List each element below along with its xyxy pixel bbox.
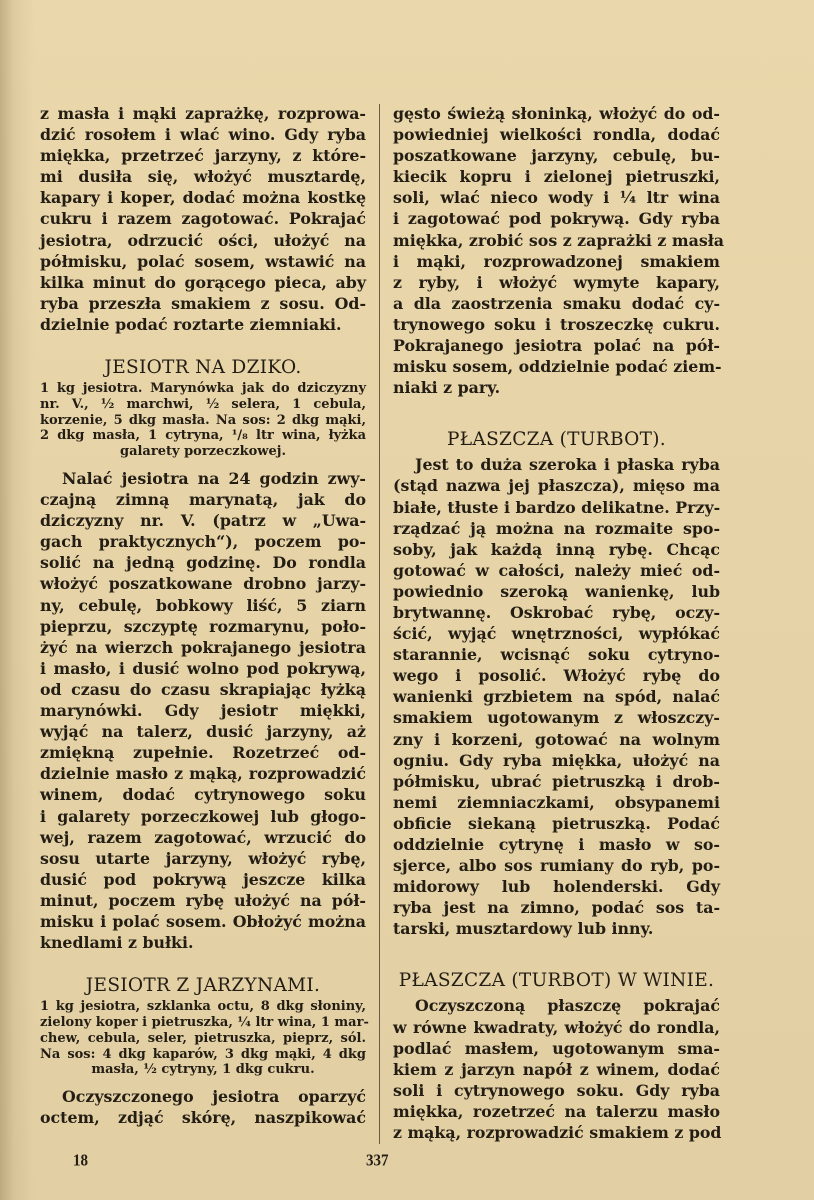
text-line: powiedniej wielkości rondla, dodać — [393, 124, 720, 145]
recipe-title-plaszcza-turbot: PŁASZCZA (TURBOT). — [393, 428, 720, 452]
text-line: minut, poczem rybę ułożyć na pół- — [40, 890, 366, 911]
text-line: soli, wlać nieco wody i ¼ ltr wina — [393, 187, 720, 208]
text-line: niaki z pary. — [393, 377, 720, 398]
text-line: 2 dkg masła, 1 cytryna, ¹/₈ ltr wina, ły… — [40, 428, 366, 444]
instructions-plaszcza-turbot: Jest to duża szeroka i płaska ryba(stąd … — [393, 454, 720, 939]
text-line: nemi ziemniaczkami, obsypanemi — [393, 792, 720, 813]
text-line: wanienki grzbietem na spód, nalać — [393, 686, 720, 707]
recipe-title-plaszcza-w-winie: PŁASZCZA (TURBOT) W WINIE. — [393, 969, 720, 993]
text-line: czajną zimną marynatą, jak do — [40, 489, 366, 510]
text-line: galarety porzeczkowej. — [40, 444, 366, 460]
text-line: pieprzu, szczyptę rozmarynu, poło- — [40, 616, 366, 637]
text-line: Oczyszczonego jesiotra oparzyć — [40, 1086, 366, 1107]
text-line: marynówki. Gdy jesiotr miękki, — [40, 700, 366, 721]
text-line: (stąd nazwa jej płaszcza), mięso ma — [393, 475, 720, 496]
text-line: misku sosem, oddzielnie podać ziem- — [393, 356, 720, 377]
text-line: misku i polać sosem. Obłożyć można — [40, 911, 366, 932]
text-line: starannie, wcisnąć soku cytryno- — [393, 644, 720, 665]
right-column: gęsto świeżą słoninką, włożyć do od-powi… — [393, 103, 720, 1143]
text-line: gach praktycznych“), poczem po- — [40, 531, 366, 552]
column-divider — [379, 104, 380, 1144]
text-line: 1 kg jesiotra. Marynówka jak do dziczyzn… — [40, 381, 366, 397]
text-line: zielony koper i pietruszka, ¼ ltr wina, … — [40, 1015, 366, 1031]
ingredients-jesiotr-na-dziko: 1 kg jesiotra. Marynówka jak do dziczyzn… — [40, 381, 366, 460]
signature-mark: 18 — [73, 1152, 88, 1172]
text-line: winem, dodać cytrynowego soku — [40, 784, 366, 805]
text-line: Na sos: 4 dkg kaparów, 3 dkg mąki, 4 dkg — [40, 1047, 366, 1063]
text-line: octem, zdjąć skórę, naszpikować — [40, 1107, 366, 1128]
text-line: soby, jak każdą inną rybę. Chcąc — [393, 539, 720, 560]
text-line: oddzielnie cytrynę i masło w so- — [393, 834, 720, 855]
text-line: podlać masłem, ugotowanym sma- — [393, 1038, 720, 1059]
text-line: i mąki, rozprowadzonej smakiem — [393, 251, 720, 272]
text-line: i zagotować pod pokrywą. Gdy ryba — [393, 208, 720, 229]
text-line: miękka, rozetrzeć na talerzu masło — [393, 1101, 720, 1122]
text-line: 1 kg jesiotra, szklanka octu, 8 dkg słon… — [40, 999, 366, 1015]
text-line: w równe kwadraty, włożyć do rondla, — [393, 1017, 720, 1038]
text-line: wej, razem zagotować, wrzucić do — [40, 827, 366, 848]
text-line: od czasu do czasu skrapiając łyżką — [40, 679, 366, 700]
text-line: chew, cebula, seler, pietruszka, pieprz,… — [40, 1031, 366, 1047]
text-line: mi dusiła się, włożyć musztardę, — [40, 166, 366, 187]
instructions-jesiotr-z-jarzynami: Oczyszczonego jesiotra oparzyćoctem, zdj… — [40, 1086, 366, 1128]
text-line: i galarety porzeczkowej lub głogo- — [40, 806, 366, 827]
text-line: korzenie, 5 dkg masła. Na sos: 2 dkg mąk… — [40, 413, 366, 429]
text-line: solić na jedną godzinę. Do rondla — [40, 552, 366, 573]
ingredients-jesiotr-z-jarzynami: 1 kg jesiotra, szklanka octu, 8 dkg słon… — [40, 999, 366, 1078]
left-column: z masła i mąki zaprażkę, rozprowa-dzić r… — [40, 103, 366, 1128]
text-line: żyć na wierzch pokrajanego jesiotra — [40, 637, 366, 658]
text-line: kiecik kopru i zielonej pietruszki, — [393, 166, 720, 187]
text-line: ryba jest na zimno, podać sos ta- — [393, 897, 720, 918]
instructions-jesiotr-na-dziko: Nalać jesiotra na 24 godzin zwy-czajną z… — [40, 468, 366, 953]
text-line: z mąką, rozprowadzić smakiem z pod — [393, 1122, 720, 1143]
text-line: i masło, i dusić wolno pod pokrywą, — [40, 658, 366, 679]
text-line: dzić rosołem i wlać wino. Gdy ryba — [40, 124, 366, 145]
text-line: a dla zaostrzenia smaku dodać cy- — [393, 293, 720, 314]
text-line: ny, cebulę, bobkowy liść, 5 ziarn — [40, 595, 366, 616]
text-line: wyjąć na talerz, dusić jarzyny, aż — [40, 721, 366, 742]
text-line: obficie siekaną pietruszką. Podać — [393, 813, 720, 834]
recipe-title-jesiotr-na-dziko: JESIOTR NA DZIKO. — [40, 356, 366, 380]
recipe-title-jesiotr-z-jarzynami: JESIOTR Z JARZYNAMI. — [40, 974, 366, 998]
text-line: sosu utarte jarzyny, włożyć rybę, — [40, 848, 366, 869]
text-line: ścić, wyjąć wnętrzności, wypłókać — [393, 623, 720, 644]
text-line: soli i cytrynowego soku. Gdy ryba — [393, 1080, 720, 1101]
text-line: Nalać jesiotra na 24 godzin zwy- — [40, 468, 366, 489]
text-line: tarski, musztardowy lub inny. — [393, 918, 720, 939]
page-number: 337 — [366, 1152, 389, 1172]
continued-paragraph-jesiotr-z-jarzynami: gęsto świeżą słoninką, włożyć do od-powi… — [393, 103, 720, 398]
text-line: nr. V., ½ marchwi, ½ selera, 1 cebula, — [40, 397, 366, 413]
text-line: brytwannę. Oskrobać rybę, oczy- — [393, 602, 720, 623]
text-line: półmisku, polać sosem, wstawić na — [40, 251, 366, 272]
text-line: dziczyzny nr. V. (patrz w „Uwa- — [40, 510, 366, 531]
text-line: dzielnie masło z mąką, rozprowadzić — [40, 763, 366, 784]
text-line: dusić pod pokrywą jeszcze kilka — [40, 869, 366, 890]
text-line: kilka minut do gorącego pieca, aby — [40, 272, 366, 293]
text-line: włożyć poszatkowane drobno jarzy- — [40, 573, 366, 594]
text-line: knedlami z bułki. — [40, 932, 366, 953]
text-line: miękka, przetrzeć jarzyny, z które- — [40, 145, 366, 166]
text-line: miękka, zrobić sos z zaprażki z masła — [393, 230, 720, 251]
text-line: sjerce, albo sos rumiany do ryb, po- — [393, 855, 720, 876]
text-line: poszatkowane jarzyny, cebulę, bu- — [393, 145, 720, 166]
text-line: jesiotra, odrzucić ości, ułożyć na — [40, 230, 366, 251]
text-line: ogniu. Gdy ryba miękka, ułożyć na — [393, 750, 720, 771]
text-line: midorowy lub holenderski. Gdy — [393, 876, 720, 897]
text-line: kapary i koper, dodać można kostkę — [40, 187, 366, 208]
text-line: trynowego soku i troszeczkę cukru. — [393, 314, 720, 335]
text-line: Pokrajanego jesiotra polać na pół- — [393, 335, 720, 356]
text-line: gotować w całości, należy mieć od- — [393, 560, 720, 581]
text-line: półmisku, ubrać pietruszką i drob- — [393, 771, 720, 792]
text-line: masła, ½ cytryny, 1 dkg cukru. — [40, 1062, 366, 1078]
text-line: Oczyszczoną płaszczę pokrajać — [393, 995, 720, 1016]
text-line: wego i posolić. Włożyć rybę do — [393, 665, 720, 686]
text-line: kiem z jarzyn napół z winem, dodać — [393, 1059, 720, 1080]
text-line: zmiękną zupełnie. Rozetrzeć od- — [40, 742, 366, 763]
book-page: z masła i mąki zaprażkę, rozprowa-dzić r… — [0, 0, 814, 1200]
text-line: smakiem ugotowanym z włoszczy- — [393, 707, 720, 728]
text-line: rządzać ją można na rozmaite spo- — [393, 518, 720, 539]
continued-paragraph: z masła i mąki zaprażkę, rozprowa-dzić r… — [40, 103, 366, 335]
text-line: z masła i mąki zaprażkę, rozprowa- — [40, 103, 366, 124]
text-line: ryba przeszła smakiem z sosu. Od- — [40, 293, 366, 314]
text-line: dzielnie podać roztarte ziemniaki. — [40, 314, 366, 335]
text-line: Jest to duża szeroka i płaska ryba — [393, 454, 720, 475]
text-line: białe, tłuste i bardzo delikatne. Przy- — [393, 497, 720, 518]
text-line: powiednio szeroką wanienkę, lub — [393, 581, 720, 602]
text-line: zny i korzeni, gotować na wolnym — [393, 729, 720, 750]
instructions-plaszcza-w-winie: Oczyszczoną płaszczę pokrajaćw równe kwa… — [393, 995, 720, 1143]
text-line: cukru i razem zagotować. Pokrajać — [40, 208, 366, 229]
text-line: z ryby, i włożyć wymyte kapary, — [393, 272, 720, 293]
text-line: gęsto świeżą słoninką, włożyć do od- — [393, 103, 720, 124]
